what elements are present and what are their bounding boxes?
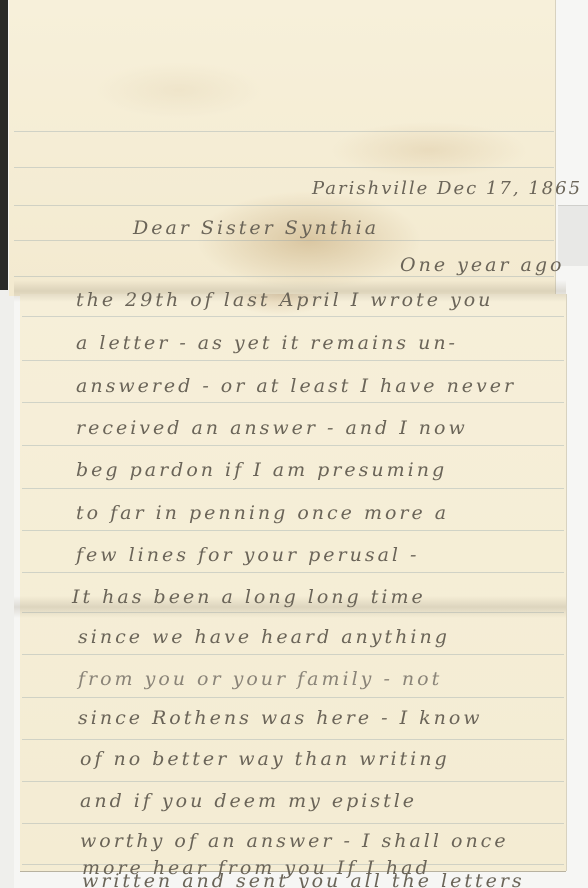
ruled-line — [22, 360, 564, 361]
letter-line: a letter - as yet it remains un- — [76, 332, 458, 354]
letter-line: from you or your family - not — [78, 668, 442, 690]
ruled-line — [14, 167, 554, 168]
scanner-edge-light — [0, 290, 14, 888]
ruled-line — [14, 240, 554, 241]
ruled-line — [22, 697, 564, 698]
ruled-line — [22, 823, 564, 824]
ruled-line — [14, 276, 554, 277]
letter-place-date: Parishville Dec 17, 1865 — [312, 178, 582, 199]
letter-line: the 29th of last April I wrote you — [76, 289, 493, 311]
letter-salutation: Dear Sister Synthia — [133, 217, 379, 239]
letter-line: It has been a long long time — [72, 586, 426, 608]
ruled-line — [22, 572, 564, 573]
letter-line: beg pardon if I am presuming — [76, 459, 447, 481]
ruled-line — [14, 205, 554, 206]
scanner-edge-dark — [0, 0, 8, 290]
letter-line: of no better way than writing — [80, 748, 450, 770]
ruled-line — [22, 445, 564, 446]
letter-sheet-top — [9, 0, 555, 296]
letter-line: One year ago — [400, 254, 564, 276]
letter-line: since Rothens was here - I know — [78, 707, 483, 729]
letter-line: to far in penning once more a — [76, 502, 449, 524]
letter-line: answered - or at least I have never — [76, 375, 516, 397]
ruled-line — [22, 402, 564, 403]
letter-line: written and sent you all the letters — [82, 870, 525, 888]
ruled-line — [14, 131, 554, 132]
letter-line: few lines for your perusal - — [76, 544, 419, 566]
ruled-line — [22, 488, 564, 489]
ruled-line — [22, 316, 564, 317]
letter-line: worthy of an answer - I shall once — [80, 830, 509, 852]
letter-line: and if you deem my epistle — [80, 790, 417, 812]
ruled-line — [22, 530, 564, 531]
ruled-line — [22, 781, 564, 782]
ruled-line — [22, 654, 564, 655]
letter-line: received an answer - and I now — [76, 417, 468, 439]
ruled-line — [22, 739, 564, 740]
letter-line: since we have heard anything — [78, 626, 450, 648]
